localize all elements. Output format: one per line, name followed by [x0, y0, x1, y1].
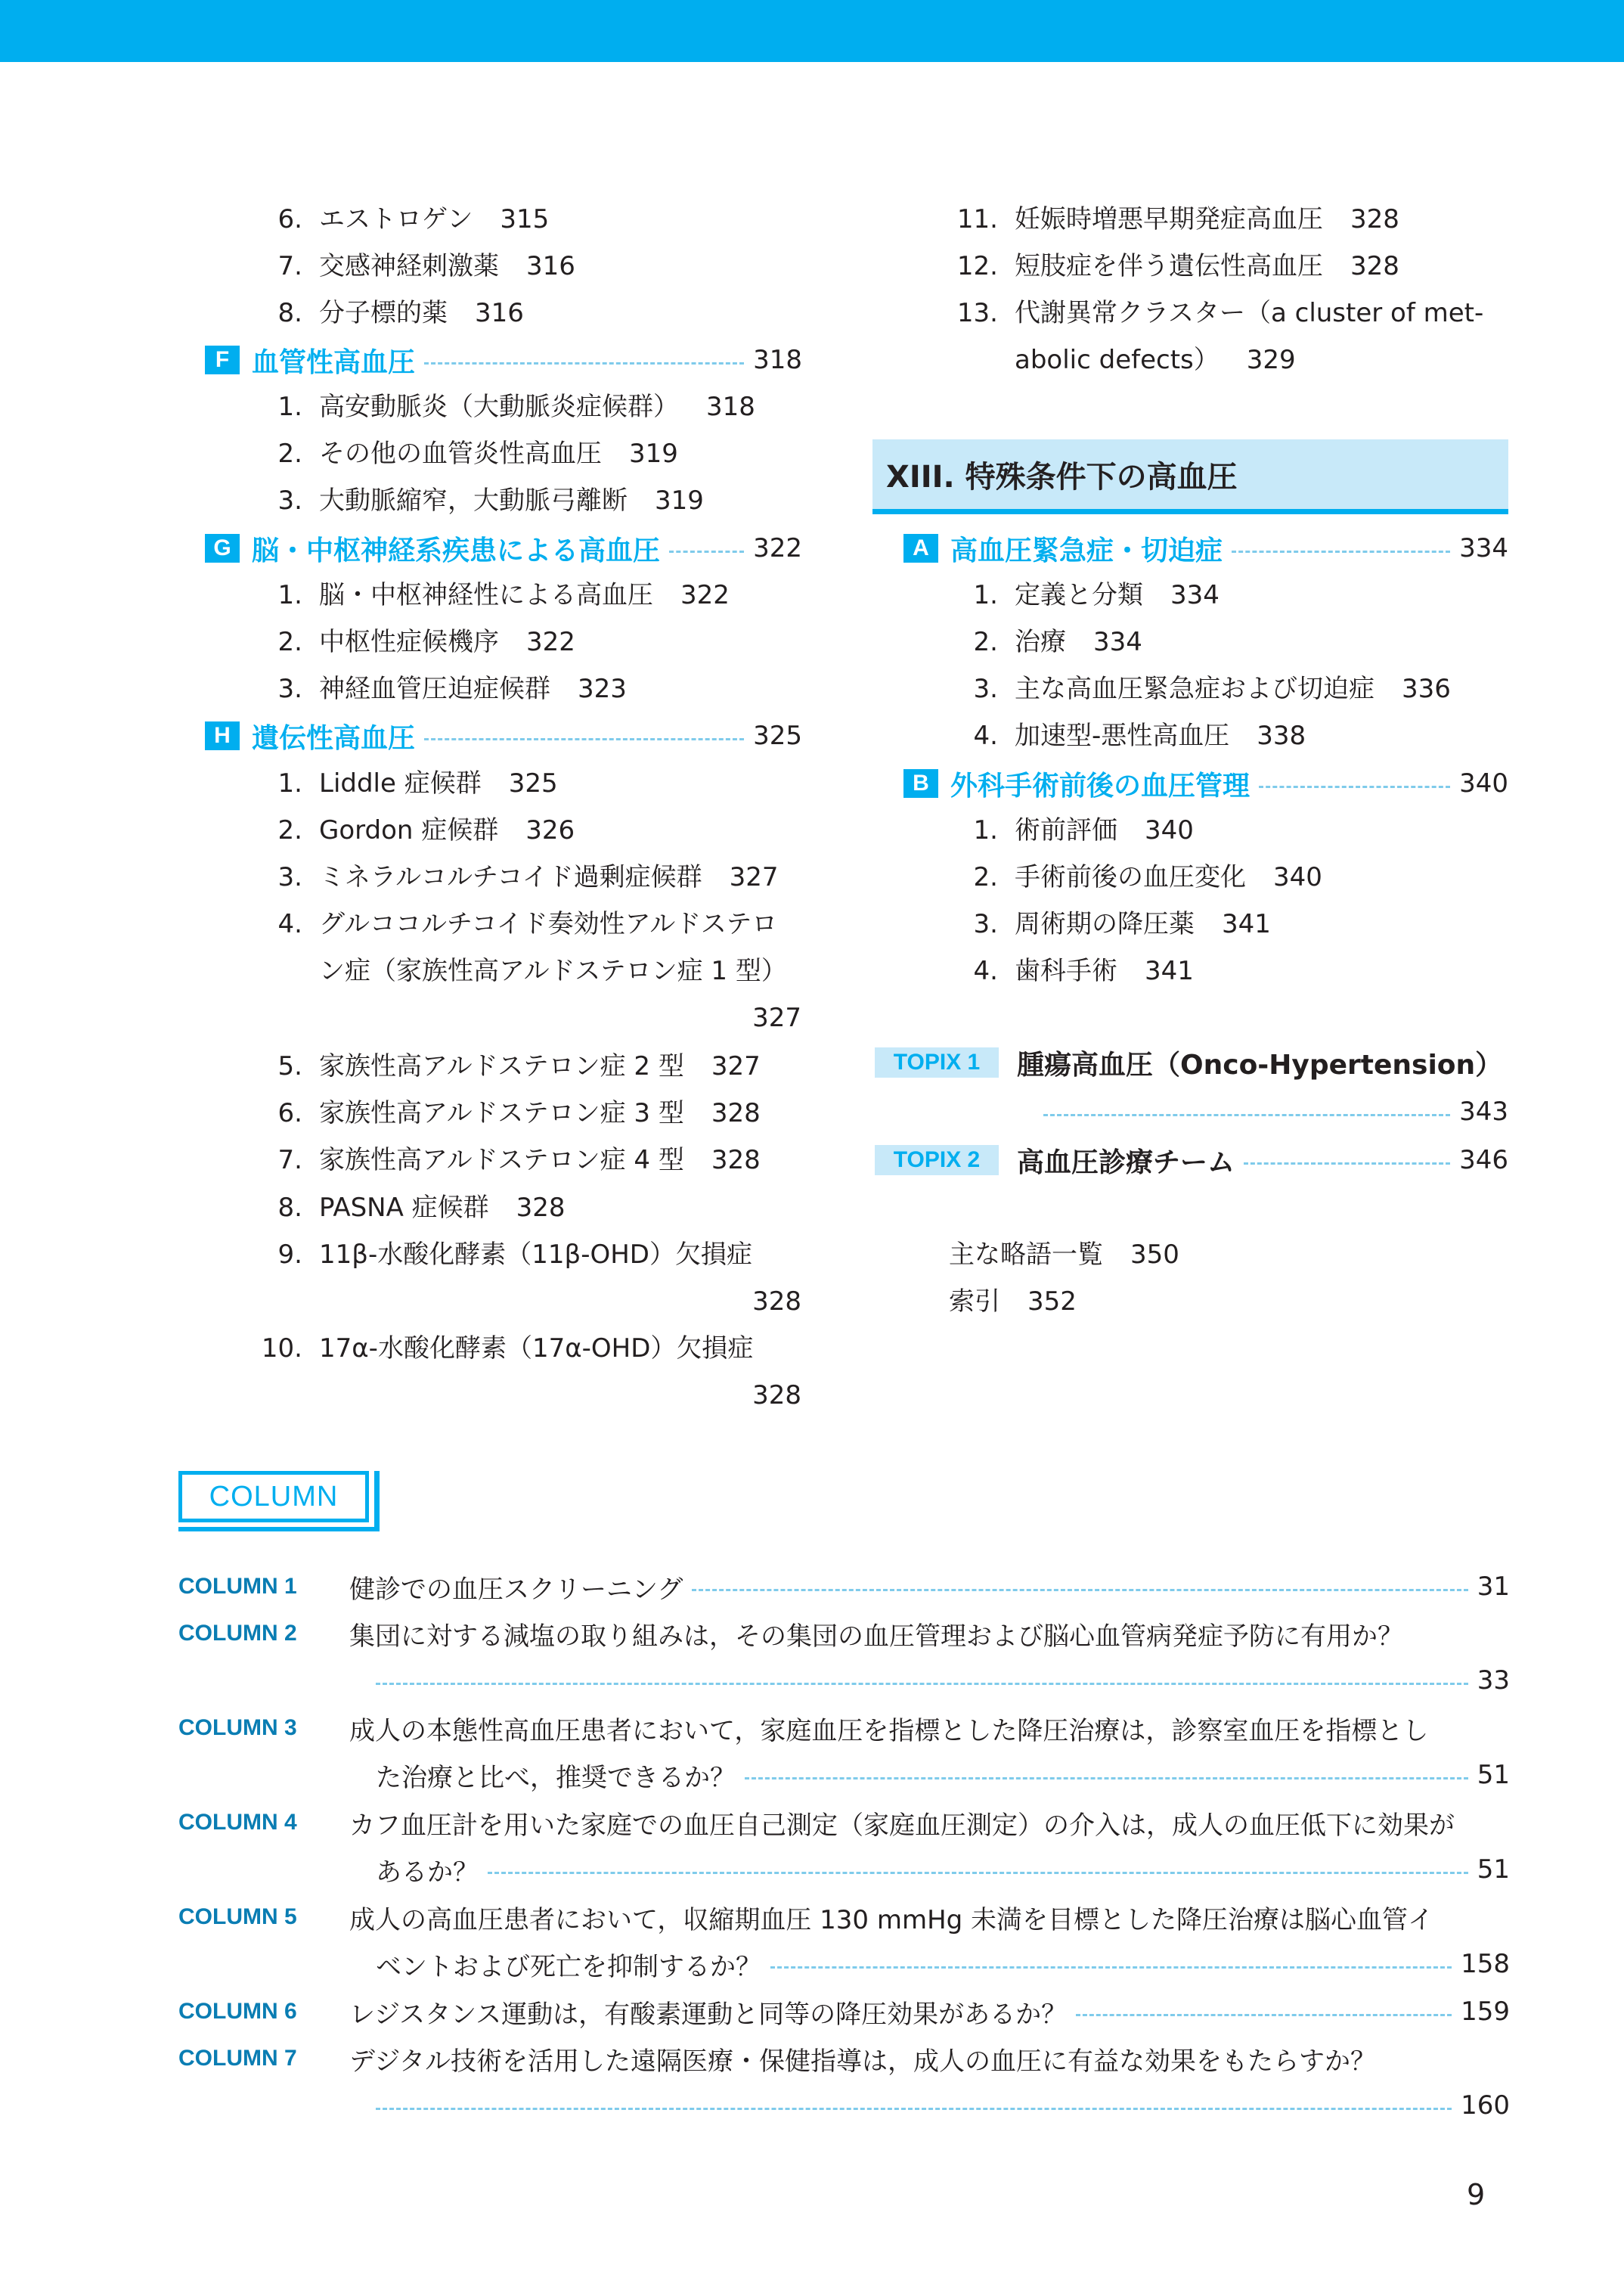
section-page: 334 — [1459, 533, 1508, 563]
section-title: 高血圧緊急症・切迫症 — [950, 529, 1223, 568]
item-number: 3. — [953, 905, 998, 943]
section-page: 318 — [753, 345, 802, 375]
item-number: 5. — [257, 1047, 302, 1085]
item-page: 315 — [500, 200, 549, 238]
item-text: 家族性高アルドステロン症 3 型 — [319, 1094, 684, 1132]
section-badge: F — [205, 346, 240, 374]
column-label: COLUMN 6 — [178, 1993, 330, 2031]
dot-leader — [376, 1683, 1468, 1685]
topix-page: 346 — [1459, 1145, 1508, 1175]
item-number: 2. — [953, 858, 998, 896]
column-label: COLUMN 3 — [178, 1709, 330, 1747]
toc-item[interactable]: 6. 家族性高アルドステロン症 3 型 328 — [257, 1094, 761, 1132]
item-number: 4. — [953, 952, 998, 990]
item-page: 327 — [711, 1047, 761, 1085]
back-matter-item[interactable]: 索引 352 — [949, 1283, 1077, 1320]
item-number: 10. — [242, 1330, 302, 1367]
dot-leader — [1232, 551, 1450, 553]
topix-badge: TOPIX 1 — [875, 1047, 999, 1078]
toc-item[interactable]: 8. 分子標的薬 316 — [257, 294, 524, 332]
toc-item[interactable]: 2. 手術前後の血圧変化 340 — [953, 858, 1322, 896]
toc-item[interactable]: 3. 周術期の降圧薬 341 — [953, 905, 1271, 943]
column-heading-shadow — [178, 1527, 380, 1531]
item-text: 家族性高アルドステロン症 2 型 — [319, 1047, 684, 1085]
item-page: 319 — [655, 482, 704, 520]
item-page: 316 — [475, 294, 524, 332]
section-page: 340 — [1459, 768, 1508, 799]
toc-item[interactable]: 1. 高安動脈炎（大動脈炎症候群） 318 — [257, 388, 755, 426]
item-page: 328 — [752, 1376, 801, 1414]
dot-leader — [1259, 786, 1450, 788]
column-page: 160 — [1461, 2090, 1510, 2121]
dot-leader — [1076, 2014, 1452, 2016]
item-text: 妊娠時増悪早期発症高血圧 — [1015, 200, 1323, 238]
dot-leader — [1043, 1114, 1450, 1116]
toc-item[interactable]: 3. 神経血管圧迫症候群 323 — [257, 670, 627, 708]
toc-item[interactable]: 6. エストロゲン 315 — [257, 200, 549, 238]
dot-leader — [745, 1777, 1468, 1779]
item-number: 13. — [938, 294, 998, 332]
item-text: 交感神経刺激薬 — [319, 247, 499, 285]
column-heading-box: COLUMN — [178, 1471, 369, 1522]
column-page: 159 — [1461, 1997, 1510, 2027]
item-text: 歯科手術 — [1015, 952, 1117, 990]
item-page: 352 — [1027, 1283, 1077, 1320]
column-page: 33 — [1477, 1665, 1510, 1696]
column-page: 158 — [1461, 1949, 1510, 1979]
toc-item[interactable]: 2. 治療 334 — [953, 623, 1142, 661]
item-page: 328 — [1350, 247, 1399, 285]
item-number: 2. — [257, 623, 302, 661]
dot-leader — [770, 1966, 1452, 1969]
item-number: 1. — [257, 576, 302, 614]
section-title: 脳・中枢神経系疾患による高血圧 — [252, 529, 660, 568]
toc-item[interactable]: 1. 術前評価 340 — [953, 811, 1194, 849]
item-page: 336 — [1402, 670, 1451, 708]
section-badge: H — [205, 721, 240, 750]
item-text: 手術前後の血圧変化 — [1015, 858, 1246, 896]
item-page: 340 — [1273, 858, 1322, 896]
item-page: 334 — [1093, 623, 1142, 661]
column-title-continued: た治療と比べ，推奨できるか？ — [376, 1757, 736, 1794]
item-number: 7. — [257, 247, 302, 285]
toc-item[interactable]: 1. Liddle 症候群 325 — [257, 765, 558, 802]
item-text: 分子標的薬 — [319, 294, 448, 332]
item-page: 316 — [526, 247, 575, 285]
dot-leader — [424, 738, 744, 740]
item-number: 12. — [938, 247, 998, 285]
item-page: 322 — [526, 623, 575, 661]
item-text-continued: abolic defects） — [1015, 341, 1220, 379]
toc-item[interactable]: 4. 歯科手術 341 — [953, 952, 1194, 990]
item-number: 2. — [953, 623, 998, 661]
column-title-continued: ベントおよび死亡を抑制するか？ — [376, 1946, 761, 1983]
item-text: Liddle 症候群 — [319, 765, 482, 802]
item-text: 高安動脈炎（大動脈炎症候群） — [319, 388, 679, 426]
dot-leader — [692, 1589, 1467, 1591]
toc-item[interactable]: 1. 定義と分類 334 — [953, 576, 1220, 614]
item-text: 加速型-悪性高血圧 — [1015, 717, 1229, 755]
item-number: 2. — [257, 811, 302, 849]
section-page: 322 — [753, 533, 802, 563]
item-page: 328 — [711, 1094, 761, 1132]
item-text: その他の血管炎性高血圧 — [319, 435, 602, 473]
page-number: 9 — [1467, 2178, 1485, 2211]
item-text: 周術期の降圧薬 — [1015, 905, 1195, 943]
toc-item[interactable]: 3. 主な高血圧緊急症および切迫症 336 — [953, 670, 1451, 708]
item-number: 3. — [257, 670, 302, 708]
item-text: 索引 — [949, 1283, 1000, 1320]
toc-item[interactable]: 4. 加速型-悪性高血圧 338 — [953, 717, 1306, 755]
item-page: 341 — [1145, 952, 1194, 990]
back-matter-item[interactable]: 主な略語一覧 350 — [949, 1236, 1179, 1274]
item-page: 328 — [711, 1141, 761, 1179]
item-text: Gordon 症候群 — [319, 811, 498, 849]
item-text: ミネラルコルチコイド過剰症候群 — [319, 858, 702, 896]
section-badge: G — [205, 534, 240, 563]
column-title-continued: あるか？ — [376, 1851, 479, 1888]
column-title: デジタル技術を活用した遠隔医療・保健指導は，成人の血圧に有益な効果をもたらすか？ — [349, 2040, 1376, 2077]
item-number: 6. — [257, 1094, 302, 1132]
topix-title: 腫瘍高血圧（Onco-Hypertension） — [1017, 1044, 1502, 1082]
chapter-title: XIII. 特殊条件下の高血圧 — [886, 453, 1238, 496]
item-text: 中枢性症候機序 — [319, 623, 499, 661]
item-number: 6. — [257, 200, 302, 238]
item-page: 328 — [752, 1283, 801, 1320]
dot-leader — [376, 2108, 1452, 2110]
dot-leader — [488, 1872, 1468, 1874]
item-number: 7. — [257, 1141, 302, 1179]
toc-item[interactable]: 11. 妊娠時増悪早期発症高血圧 328 — [938, 200, 1399, 238]
item-page: 323 — [578, 670, 627, 708]
column-label: COLUMN 5 — [178, 1898, 330, 1936]
item-number: 3. — [953, 670, 998, 708]
column-title: 成人の高血圧患者において，収縮期血圧 130 mmHg 未満を目標とした降圧治療… — [349, 1899, 1433, 1936]
item-number: 1. — [953, 576, 998, 614]
item-page: 325 — [509, 765, 558, 802]
column-heading: COLUMN — [209, 1481, 339, 1513]
toc-item[interactable]: 2. その他の血管炎性高血圧 319 — [257, 435, 678, 473]
item-page: 329 — [1247, 341, 1296, 379]
item-text: 主な高血圧緊急症および切迫症 — [1015, 670, 1375, 708]
item-page: 340 — [1145, 811, 1194, 849]
toc-item[interactable]: 2. Gordon 症候群 326 — [257, 811, 575, 849]
toc-item[interactable]: 12. 短肢症を伴う遺伝性高血圧 328 — [938, 247, 1399, 285]
column-heading-shadow — [374, 1471, 380, 1531]
column-title: カフ血圧計を用いた家庭での血圧自己測定（家庭血圧測定）の介入は，成人の血圧低下に… — [349, 1804, 1455, 1842]
item-text: 家族性高アルドステロン症 4 型 — [319, 1141, 684, 1179]
topix-entry-2[interactable]: TOPIX 2 高血圧診療チーム 346 — [875, 1141, 1508, 1179]
section-title: 遺伝性高血圧 — [252, 717, 415, 756]
dot-leader — [424, 362, 744, 365]
topix-title: 高血圧診療チーム — [1017, 1141, 1235, 1180]
item-number: 4. — [257, 905, 302, 943]
section-heading-h[interactable]: H 遺伝性高血圧 325 — [205, 717, 802, 755]
item-page: 327 — [730, 858, 779, 896]
item-page: 326 — [525, 811, 575, 849]
column-title: 集団に対する減塩の取り組みは，その集団の血圧管理および脳心血管病発症予防に有用か… — [349, 1615, 1403, 1652]
toc-item[interactable]: 3. 大動脈縮窄，大動脈弓離断 319 — [257, 482, 704, 520]
item-page: 334 — [1170, 576, 1220, 614]
item-text: エストロゲン — [319, 200, 473, 238]
section-heading-a[interactable]: A 高血圧緊急症・切迫症 334 — [903, 529, 1508, 567]
header-color-bar — [0, 0, 1624, 62]
column-label: COLUMN 2 — [178, 1615, 330, 1652]
column-label: COLUMN 1 — [178, 1568, 330, 1606]
item-page: 327 — [752, 999, 801, 1037]
column-label: COLUMN 4 — [178, 1804, 330, 1842]
item-text: 脳・中枢神経性による高血圧 — [319, 576, 653, 614]
item-text: 主な略語一覧 — [949, 1236, 1103, 1274]
chapter-heading[interactable]: XIII. 特殊条件下の高血圧 — [872, 439, 1508, 514]
section-heading-b[interactable]: B 外科手術前後の血圧管理 340 — [903, 765, 1508, 802]
topix-badge: TOPIX 2 — [875, 1145, 999, 1175]
column-label: COLUMN 7 — [178, 2040, 330, 2077]
item-text: 定義と分類 — [1015, 576, 1143, 614]
column-page: 51 — [1477, 1854, 1510, 1885]
section-heading-f[interactable]: F 血管性高血圧 318 — [205, 341, 802, 379]
item-text: PASNA 症候群 — [319, 1189, 489, 1227]
dot-leader — [1244, 1162, 1450, 1165]
item-text: 治療 — [1015, 623, 1066, 661]
item-page: 328 — [516, 1189, 566, 1227]
item-number: 1. — [953, 811, 998, 849]
section-badge: A — [903, 534, 938, 563]
toc-item[interactable]: 3. ミネラルコルチコイド過剰症候群 327 — [257, 858, 779, 896]
item-page: 341 — [1222, 905, 1271, 943]
item-number: 4. — [953, 717, 998, 755]
toc-item[interactable]: 5. 家族性高アルドステロン症 2 型 327 — [257, 1047, 761, 1085]
item-number: 2. — [257, 435, 302, 473]
section-title: 外科手術前後の血圧管理 — [950, 765, 1250, 803]
item-number: 3. — [257, 482, 302, 520]
section-title: 血管性高血圧 — [252, 341, 415, 380]
item-page: 328 — [1350, 200, 1399, 238]
item-text: 神経血管圧迫症候群 — [319, 670, 550, 708]
section-badge: B — [903, 769, 938, 798]
topix-page: 343 — [1459, 1097, 1508, 1127]
item-text: 短肢症を伴う遺伝性高血圧 — [1015, 247, 1323, 285]
column-title: 成人の本態性高血圧患者において，家庭血圧を指標とした降圧治療は，診察室血圧を指標… — [349, 1710, 1428, 1747]
column-page: 51 — [1477, 1760, 1510, 1790]
item-text: グルココルチコイド奏効性アルドステロ — [319, 905, 777, 943]
item-text: 11β-水酸化酵素（11β-OHD）欠損症 — [319, 1236, 752, 1274]
item-number: 3. — [257, 858, 302, 896]
section-heading-g[interactable]: G 脳・中枢神経系疾患による高血圧 322 — [205, 529, 802, 567]
toc-item[interactable]: 1. 脳・中枢神経性による高血圧 322 — [257, 576, 730, 614]
column-page: 31 — [1477, 1572, 1510, 1602]
item-page: 322 — [680, 576, 730, 614]
section-page: 325 — [753, 721, 802, 751]
item-number: 11. — [938, 200, 998, 238]
item-page: 338 — [1257, 717, 1306, 755]
item-page: 319 — [629, 435, 678, 473]
toc-item[interactable]: 2. 中枢性症候機序 322 — [257, 623, 575, 661]
item-number: 9. — [257, 1236, 302, 1274]
item-text: 代謝異常クラスター（a cluster of met- — [1015, 294, 1483, 332]
column-title: 健診での血圧スクリーニング — [349, 1568, 683, 1606]
toc-item[interactable]: 8. PASNA 症候群 328 — [257, 1189, 566, 1227]
item-text: 17α-水酸化酵素（17α-OHD）欠損症 — [319, 1330, 753, 1367]
item-number: 8. — [257, 1189, 302, 1227]
item-page: 318 — [706, 388, 755, 426]
item-number: 1. — [257, 388, 302, 426]
item-number: 1. — [257, 765, 302, 802]
item-page: 350 — [1130, 1236, 1179, 1274]
item-text: 大動脈縮窄，大動脈弓離断 — [319, 482, 628, 520]
toc-item[interactable]: 7. 家族性高アルドステロン症 4 型 328 — [257, 1141, 761, 1179]
column-title: レジスタンス運動は，有酸素運動と同等の降圧効果があるか？ — [349, 1994, 1067, 2031]
toc-item[interactable]: 7. 交感神経刺激薬 316 — [257, 247, 575, 285]
dot-leader — [669, 551, 744, 553]
item-text: 術前評価 — [1015, 811, 1117, 849]
item-text-continued: ン症（家族性高アルドステロン症 1 型） — [319, 952, 787, 990]
item-number: 8. — [257, 294, 302, 332]
